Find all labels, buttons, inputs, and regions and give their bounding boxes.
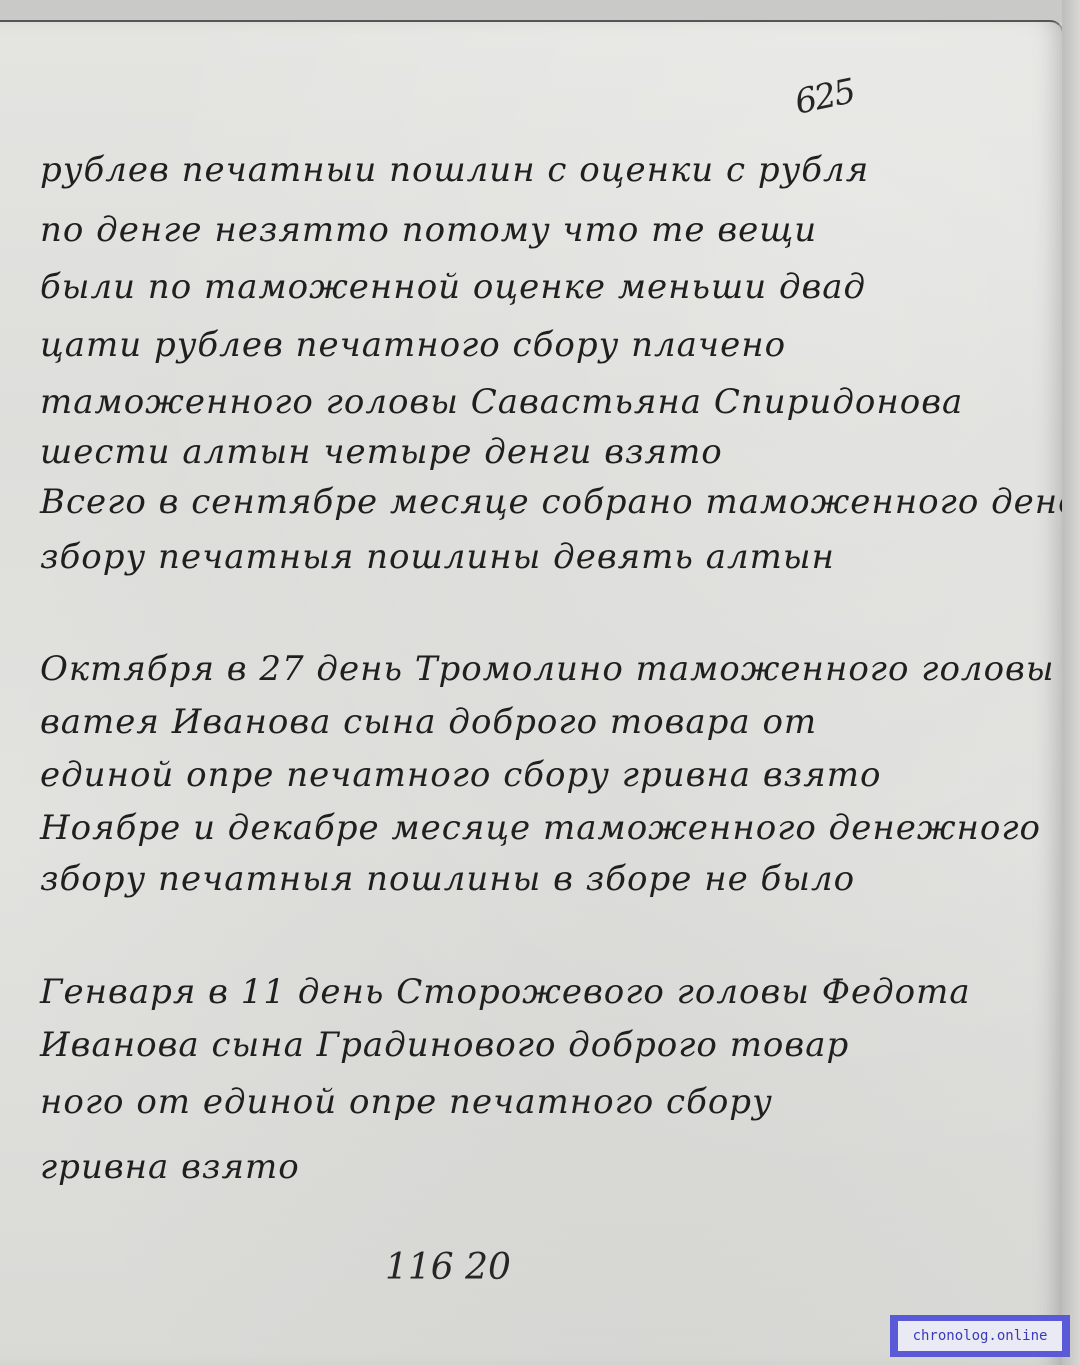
- manuscript-line: ного от единой опре печатного сбору: [40, 1082, 773, 1122]
- folio-number: 625: [791, 71, 857, 122]
- manuscript-line: збору печатныя пошлины девять алтын: [40, 537, 835, 577]
- manuscript-line: Генваря в 11 день Сторожевого головы Фед…: [40, 972, 971, 1012]
- manuscript-line: были по таможенной оценке меньши двад: [40, 267, 866, 307]
- manuscript-line: ватея Иванова сына доброго товара от: [40, 702, 817, 742]
- manuscript-line: единой опре печатного сбору гривна взято: [40, 755, 881, 795]
- watermark-badge: chronolog.online: [890, 1315, 1070, 1357]
- manuscript-line: таможенного головы Савастьяна Спиридонов…: [40, 382, 963, 422]
- manuscript-line: збору печатныя пошлины в зборе не было: [40, 859, 855, 899]
- manuscript-line: Октября в 27 день Тромолино таможенного …: [40, 649, 1080, 689]
- manuscript-line: Иванова сына Градинового доброго товар: [40, 1025, 849, 1065]
- watermark-text: chronolog.online: [898, 1321, 1062, 1351]
- manuscript-line: цати рублев печатного сбору плачено: [40, 325, 786, 365]
- bottom-note: 116 20: [385, 1247, 511, 1288]
- manuscript-line: Всего в сентябре месяце собрано таможенн…: [40, 482, 1080, 522]
- manuscript-line: Ноябре и декабре месяце таможенного дене…: [40, 808, 1041, 848]
- manuscript-page: 625 рублев печатныи пошлин с оценки с ру…: [0, 20, 1064, 1365]
- manuscript-line: шести алтын четыре денги взято: [40, 432, 723, 472]
- manuscript-line: рублев печатныи пошлин с оценки с рубля: [40, 150, 869, 190]
- page-edge-shadow: [1062, 0, 1080, 1365]
- manuscript-line: по денге незятто потому что те вещи: [40, 210, 817, 250]
- manuscript-line: гривна взято: [40, 1147, 300, 1187]
